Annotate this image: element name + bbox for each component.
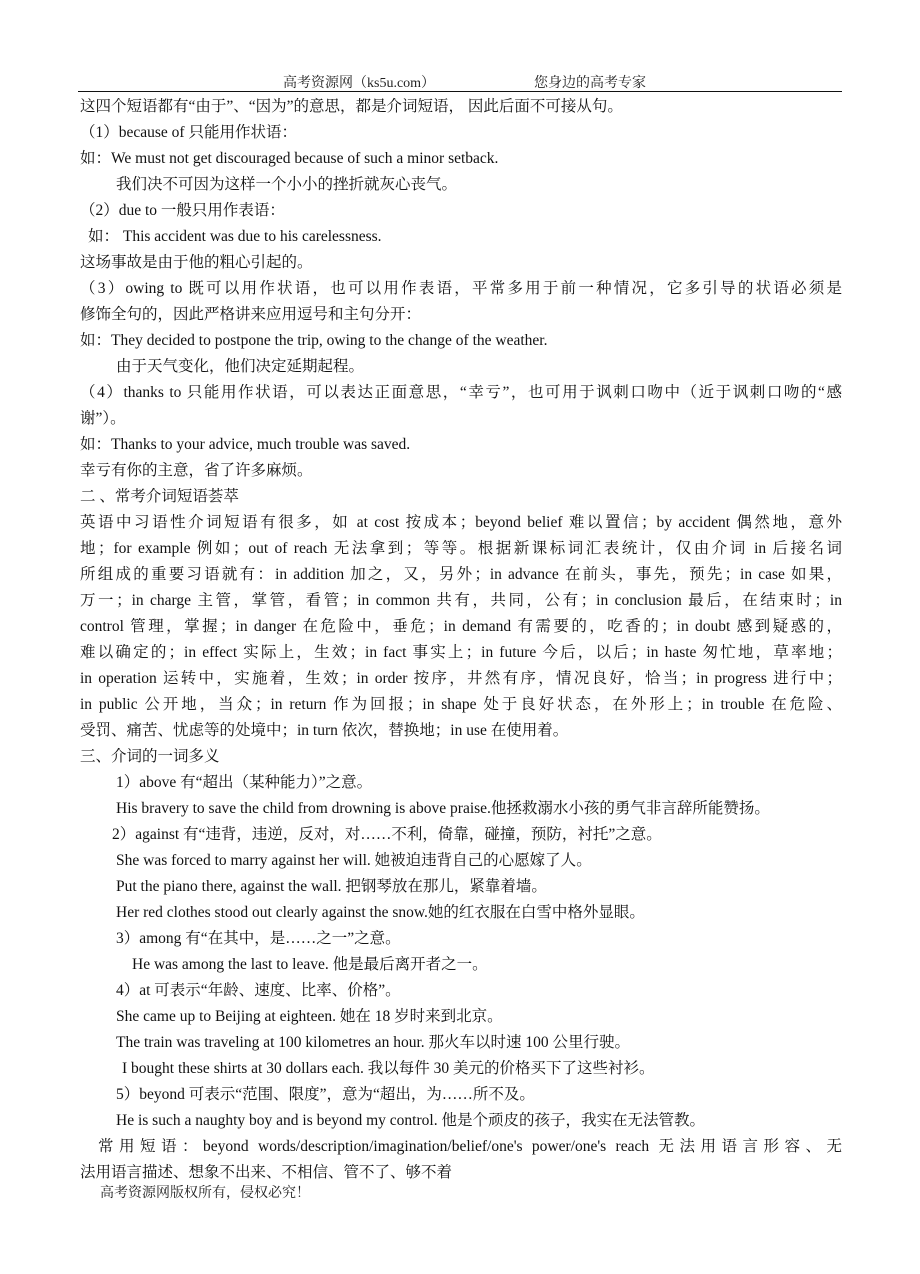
text-line: in public 公开地，当众；in return 作为回报；in shape…	[80, 692, 842, 718]
text-line: She was forced to marry against her will…	[116, 848, 592, 874]
text-line: 幸亏有你的主意，省了许多麻烦。	[80, 458, 313, 484]
text-line: 由于天气变化，他们决定延期起程。	[116, 354, 364, 380]
page-footer: 高考资源网版权所有，侵权必究！	[100, 1182, 310, 1202]
text-line: 万一；in charge 主管，掌管，看管；in common 共有，共同，公有…	[80, 588, 842, 614]
text-line: in operation 运转中，实施着，生效；in order 按序，井然有序…	[80, 666, 842, 692]
text-line: 2）against 有“违背，违逆，反对，对……不利，倚靠，碰撞，预防，衬托”之…	[112, 822, 662, 848]
text-line: 三、介词的一词多义	[80, 744, 220, 770]
text-line: Put the piano there, against the wall. 把…	[116, 874, 547, 900]
text-line: 常用短语：beyond words/description/imaginatio…	[98, 1134, 842, 1160]
text-line: His bravery to save the child from drown…	[116, 796, 770, 822]
text-line: 谢”）。	[80, 406, 126, 432]
text-line: He is such a naughty boy and is beyond m…	[116, 1108, 705, 1134]
text-line: 如：Thanks to your advice, much trouble wa…	[80, 432, 410, 458]
text-line: 5）beyond 可表示“范围、限度”，意为“超出，为……所不及。	[116, 1082, 535, 1108]
text-line: Her red clothes stood out clearly agains…	[116, 900, 645, 926]
page-header: 高考资源网（ks5u.com） 您身边的高考专家	[78, 70, 842, 92]
document-page: 高考资源网（ks5u.com） 您身边的高考专家 这四个短语都有“由于”、“因为…	[0, 0, 920, 1274]
text-line: （3）owing to 既可以用作状语，也可以用作表语，平常多用于前一种情况，它…	[80, 276, 842, 302]
text-line: （1）because of 只能用作状语：	[80, 120, 297, 146]
text-line: control 管理，掌握；in danger 在危险中，垂危；in deman…	[80, 614, 842, 640]
text-line: 所组成的重要习语就有：in addition 加之，又，另外；in advanc…	[80, 562, 842, 588]
text-line: 二 、常考介词短语荟萃	[80, 484, 239, 510]
text-line: 如：They decided to postpone the trip, owi…	[80, 328, 547, 354]
text-line: 1）above 有“超出（某种能力）”之意。	[116, 770, 372, 796]
text-line: 4）at 可表示“年龄、速度、比率、价格”。	[116, 978, 401, 1004]
header-slogan: 您身边的高考专家	[534, 72, 646, 92]
text-line: 修饰全句的，因此严格讲来应用逗号和主句分开：	[80, 302, 421, 328]
text-line: 我们决不可因为这样一个小小的挫折就灰心丧气。	[116, 172, 457, 198]
text-line: 3）among 有“在其中，是……之一”之意。	[116, 926, 401, 952]
text-line: He was among the last to leave. 他是最后离开者之…	[132, 952, 488, 978]
text-line: 英语中习语性介词短语有很多，如 at cost 按成本；beyond belie…	[80, 510, 842, 536]
text-line: 如：We must not get discouraged because of…	[80, 146, 498, 172]
text-line: I bought these shirts at 30 dollars each…	[122, 1056, 655, 1082]
text-line: （2）due to 一般只用作表语：	[80, 198, 285, 224]
text-line: She came up to Beijing at eighteen. 她在 1…	[116, 1004, 503, 1030]
text-line: （4）thanks to 只能用作状语，可以表达正面意思，“幸亏”，也可用于讽刺…	[80, 380, 842, 406]
header-rule	[78, 91, 842, 92]
text-line: 这场事故是由于他的粗心引起的。	[80, 250, 313, 276]
text-line: 这四个短语都有“由于”、“因为”的意思，都是介词短语， 因此后面不可接从句。	[80, 94, 623, 120]
text-line: 如： This accident was due to his careless…	[88, 224, 382, 250]
text-line: 地；for example 例如；out of reach 无法拿到；等等。根据…	[80, 536, 842, 562]
header-site-name: 高考资源网（ks5u.com）	[283, 72, 435, 92]
text-line: The train was traveling at 100 kilometre…	[116, 1030, 630, 1056]
text-line: 受罚、痛苦、忧虑等的处境中；in turn 依次，替换地；in use 在使用着…	[80, 718, 568, 744]
text-line: 难以确定的；in effect 实际上，生效；in fact 事实上；in fu…	[80, 640, 842, 666]
